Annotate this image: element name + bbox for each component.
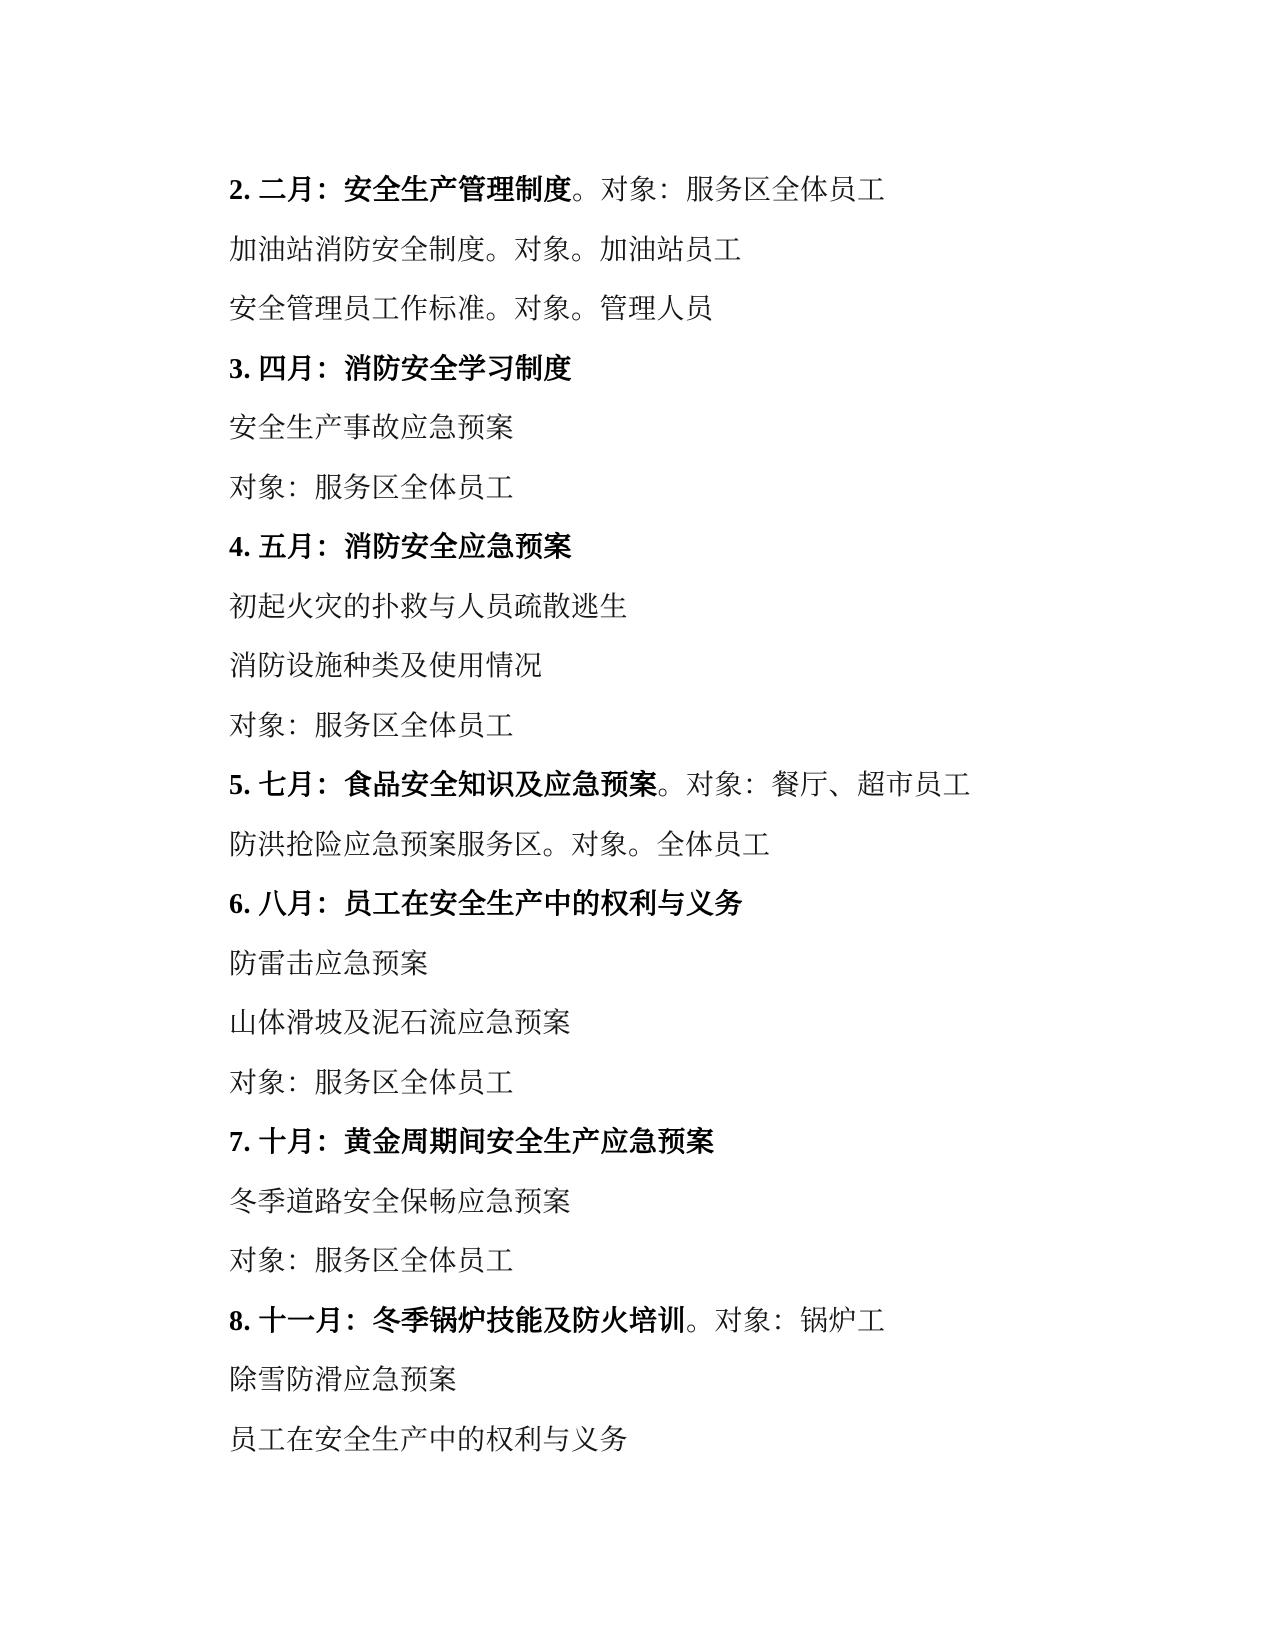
doc-paragraph-18: 冬季道路安全保畅应急预案 [229,1173,1155,1233]
doc-paragraph-11: 5. 七月：食品安全知识及应急预案。对象：餐厅、超市员工 [229,756,1155,816]
body-text: 对象：服务区全体员工 [229,711,514,742]
body-text: 对象：服务区全体员工 [229,473,514,504]
body-text: 防洪抢险应急预案服务区。对象。全体员工 [229,830,771,861]
heading-text: 4. 五月：消防安全应急预案 [229,532,572,563]
body-text: 冬季道路安全保畅应急预案 [229,1187,571,1218]
doc-paragraph-14: 防雷击应急预案 [229,935,1155,995]
document-page: 2. 二月：安全生产管理制度。对象：服务区全体员工 加油站消防安全制度。对象。加… [0,0,1275,1650]
body-text: 安全管理员工作标准。对象。管理人员 [229,294,714,325]
body-text: 。对象：锅炉工 [686,1306,886,1337]
doc-paragraph-8: 初起火灾的扑救与人员疏散逃生 [229,578,1155,638]
body-text: 防雷击应急预案 [229,949,429,980]
body-text: 。对象：服务区全体员工 [572,175,886,206]
heading-text: 3. 四月：消防安全学习制度 [229,354,572,385]
body-text: 消防设施种类及使用情况 [229,651,543,682]
doc-paragraph-16: 对象：服务区全体员工 [229,1054,1155,1114]
body-text: 员工在安全生产中的权利与义务 [229,1425,628,1456]
doc-paragraph-19: 对象：服务区全体员工 [229,1232,1155,1292]
doc-paragraph-10: 对象：服务区全体员工 [229,697,1155,757]
heading-text: 7. 十月：黄金周期间安全生产应急预案 [229,1127,715,1158]
doc-paragraph-17: 7. 十月：黄金周期间安全生产应急预案 [229,1113,1155,1173]
doc-paragraph-1: 2. 二月：安全生产管理制度。对象：服务区全体员工 [229,161,1155,221]
doc-paragraph-22: 员工在安全生产中的权利与义务 [229,1411,1155,1471]
body-text: 对象：服务区全体员工 [229,1068,514,1099]
doc-paragraph-5: 安全生产事故应急预案 [229,399,1155,459]
heading-text: 2. 二月：安全生产管理制度 [229,175,572,206]
body-text: 对象：服务区全体员工 [229,1246,514,1277]
doc-paragraph-4: 3. 四月：消防安全学习制度 [229,340,1155,400]
doc-paragraph-13: 6. 八月：员工在安全生产中的权利与义务 [229,875,1155,935]
doc-paragraph-9: 消防设施种类及使用情况 [229,637,1155,697]
heading-text: 8. 十一月：冬季锅炉技能及防火培训 [229,1306,686,1337]
doc-paragraph-20: 8. 十一月：冬季锅炉技能及防火培训。对象：锅炉工 [229,1292,1155,1352]
body-text: 。对象：餐厅、超市员工 [658,770,972,801]
doc-paragraph-6: 对象：服务区全体员工 [229,459,1155,519]
body-text: 加油站消防安全制度。对象。加油站员工 [229,235,742,266]
doc-paragraph-7: 4. 五月：消防安全应急预案 [229,518,1155,578]
body-text: 除雪防滑应急预案 [229,1365,457,1396]
doc-paragraph-15: 山体滑坡及泥石流应急预案 [229,994,1155,1054]
body-text: 安全生产事故应急预案 [229,413,514,444]
doc-paragraph-2: 加油站消防安全制度。对象。加油站员工 [229,221,1155,281]
doc-paragraph-21: 除雪防滑应急预案 [229,1351,1155,1411]
doc-paragraph-12: 防洪抢险应急预案服务区。对象。全体员工 [229,816,1155,876]
doc-paragraph-3: 安全管理员工作标准。对象。管理人员 [229,280,1155,340]
body-text: 山体滑坡及泥石流应急预案 [229,1008,571,1039]
heading-text: 5. 七月：食品安全知识及应急预案 [229,770,658,801]
heading-text: 6. 八月：员工在安全生产中的权利与义务 [229,889,743,920]
body-text: 初起火灾的扑救与人员疏散逃生 [229,592,628,623]
